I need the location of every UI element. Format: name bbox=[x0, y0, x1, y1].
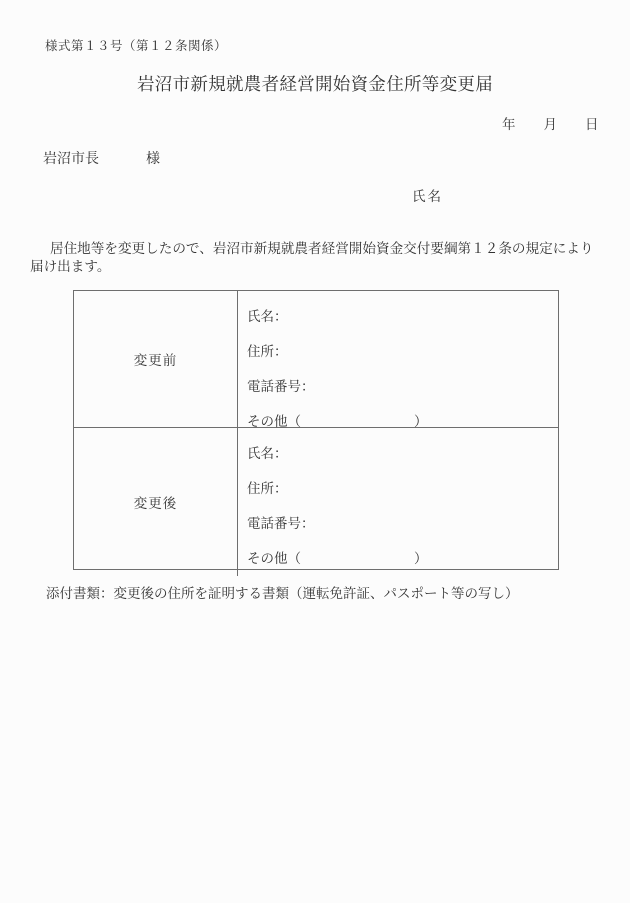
name-field-label: 氏名： bbox=[247, 299, 558, 334]
row-label-before-change: 変更前 bbox=[74, 291, 238, 428]
phone-label: 電話番号： bbox=[247, 380, 315, 394]
after-change-fields: 氏名： 住所： 電話番号： その他（ ） bbox=[238, 428, 558, 576]
paragraph-line-1: 居住地等を変更したので、岩沼市新規就農者経営開始資金交付要綱第１２条の規定により bbox=[30, 240, 608, 258]
page-title: 岩沼市新規就農者経営開始資金住所等変更届 bbox=[0, 76, 630, 94]
body-paragraph: 居住地等を変更したので、岩沼市新規就農者経営開始資金交付要綱第１２条の規定により… bbox=[30, 240, 608, 275]
name-label: 氏名： bbox=[247, 447, 288, 461]
addressee-line: 岩沼市長様 bbox=[43, 153, 160, 167]
row-label-after-change: 変更後 bbox=[74, 428, 238, 576]
name-label: 氏名： bbox=[247, 310, 288, 324]
other-open-paren: その他（ bbox=[247, 415, 301, 429]
address-field-label: 住所： bbox=[247, 471, 558, 506]
before-change-fields: 氏名： 住所： 電話番号： その他（ ） bbox=[238, 291, 558, 428]
name-field-label: 氏名： bbox=[247, 436, 558, 471]
phone-field-label: 電話番号： bbox=[247, 369, 558, 404]
address-field-label: 住所： bbox=[247, 334, 558, 369]
other-close-paren: ） bbox=[414, 552, 428, 566]
phone-label: 電話番号： bbox=[247, 517, 315, 531]
date-line: 年 月 日 bbox=[502, 118, 599, 132]
other-close-paren: ） bbox=[414, 415, 428, 429]
address-label: 住所： bbox=[247, 482, 288, 496]
paragraph-line-2: 届け出ます。 bbox=[30, 258, 608, 276]
document-page: 様式第１３号（第１２条関係） 岩沼市新規就農者経営開始資金住所等変更届 年 月 … bbox=[0, 0, 630, 903]
other-field-label: その他（ ） bbox=[247, 541, 558, 576]
honorific-label: 様 bbox=[146, 152, 160, 167]
change-table: 変更前 氏名： 住所： 電話番号： その他（ ） 変更後 氏名： 住所： bbox=[73, 290, 559, 570]
other-open-paren: その他（ bbox=[247, 552, 301, 566]
attachment-note: 添付書類：変更後の住所を証明する書類（運転免許証、パスポート等の写し） bbox=[46, 587, 519, 601]
month-label: 月 bbox=[544, 118, 558, 132]
day-label: 日 bbox=[585, 118, 599, 132]
address-label: 住所： bbox=[247, 345, 288, 359]
recipient-name: 岩沼市長 bbox=[43, 152, 99, 167]
applicant-name-label: 氏名 bbox=[412, 190, 443, 204]
form-number: 様式第１３号（第１２条関係） bbox=[45, 40, 227, 53]
phone-field-label: 電話番号： bbox=[247, 506, 558, 541]
year-label: 年 bbox=[502, 118, 516, 132]
